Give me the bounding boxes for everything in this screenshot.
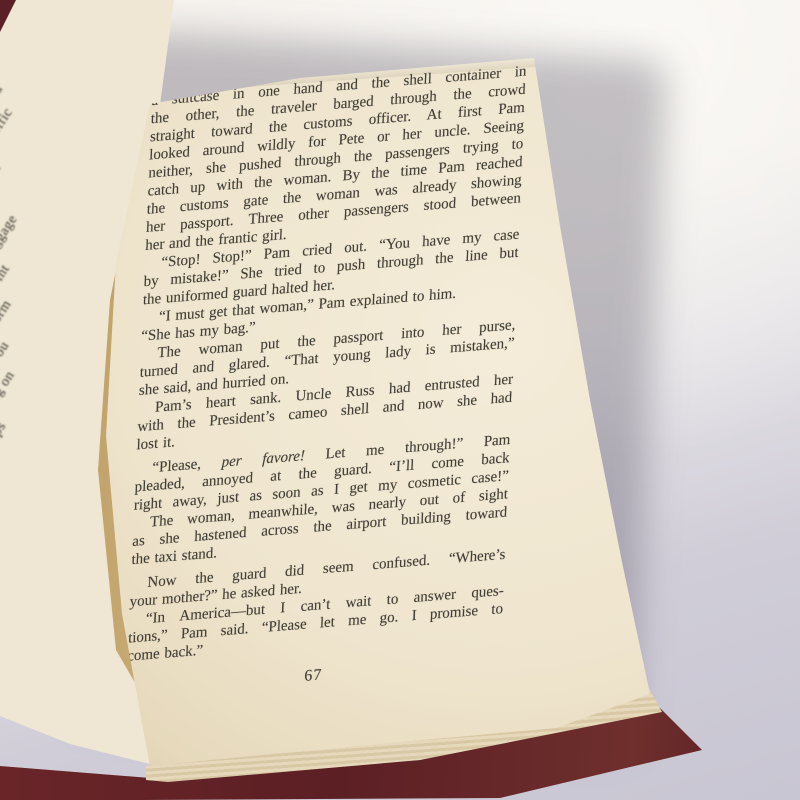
page-paragraphs: a suitcase in one hand and the shell con… xyxy=(127,62,527,665)
page-text-block: a suitcase in one hand and the shell con… xyxy=(125,62,526,699)
photo-of-open-book: sengers plathe baggage milld about, noth… xyxy=(0,0,800,800)
